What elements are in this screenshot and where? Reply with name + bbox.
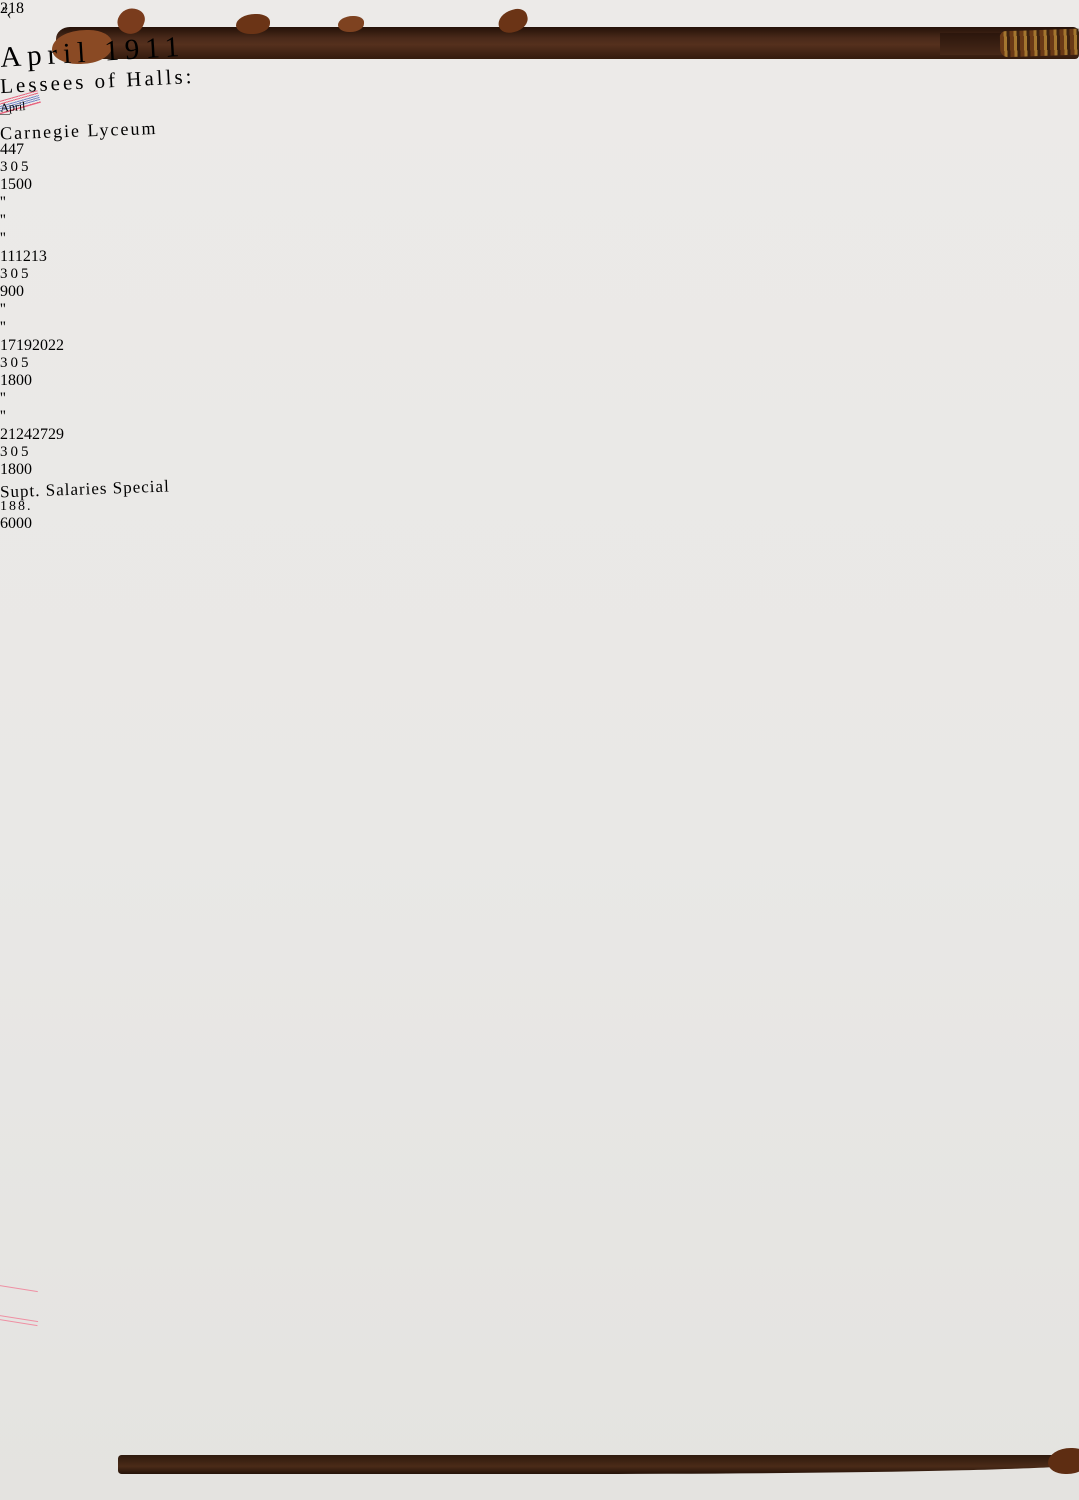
- date-stack: 111213: [0, 248, 194, 266]
- ditto-mark: '': [0, 390, 194, 408]
- account-number: 305: [0, 355, 194, 372]
- ledger-photo: 218 ʺ‹ April 1911 Lessees of Halls: Apri…: [0, 0, 1079, 1500]
- date-stack: 447: [0, 141, 194, 159]
- ditto-mark: '': [0, 230, 194, 248]
- summary-account: 188.: [0, 499, 194, 515]
- ditto-mark: '': [0, 212, 194, 230]
- ditto-mark: '': [0, 194, 194, 212]
- ditto-mark: '': [0, 319, 194, 337]
- amount: 1500: [0, 176, 194, 194]
- ditto-mark: '': [0, 408, 194, 426]
- account-number: 305: [0, 266, 194, 283]
- book-cover-bottom-edge: [118, 1455, 1078, 1474]
- bottom-rule-wrapped: [0, 1285, 38, 1292]
- worn-leather-fuzz: [1048, 1448, 1079, 1474]
- book-cover-top-edge: [56, 27, 1079, 59]
- ditto-mark: '': [0, 301, 194, 319]
- summary-amount: 6000: [0, 515, 194, 533]
- account-number: 305: [0, 159, 194, 176]
- account-number: 305: [0, 444, 194, 461]
- page-block-top-right-edge: [1000, 29, 1079, 58]
- date-stack: 17192022: [0, 337, 194, 355]
- ledger-page: 218 ʺ‹ April 1911 Lessees of Halls: Apri…: [0, 0, 194, 533]
- date-stack: 21242729: [0, 426, 194, 444]
- amount: 900: [0, 283, 194, 301]
- amount: 1800: [0, 372, 194, 390]
- bottom-rule-wrapped: [0, 1315, 38, 1326]
